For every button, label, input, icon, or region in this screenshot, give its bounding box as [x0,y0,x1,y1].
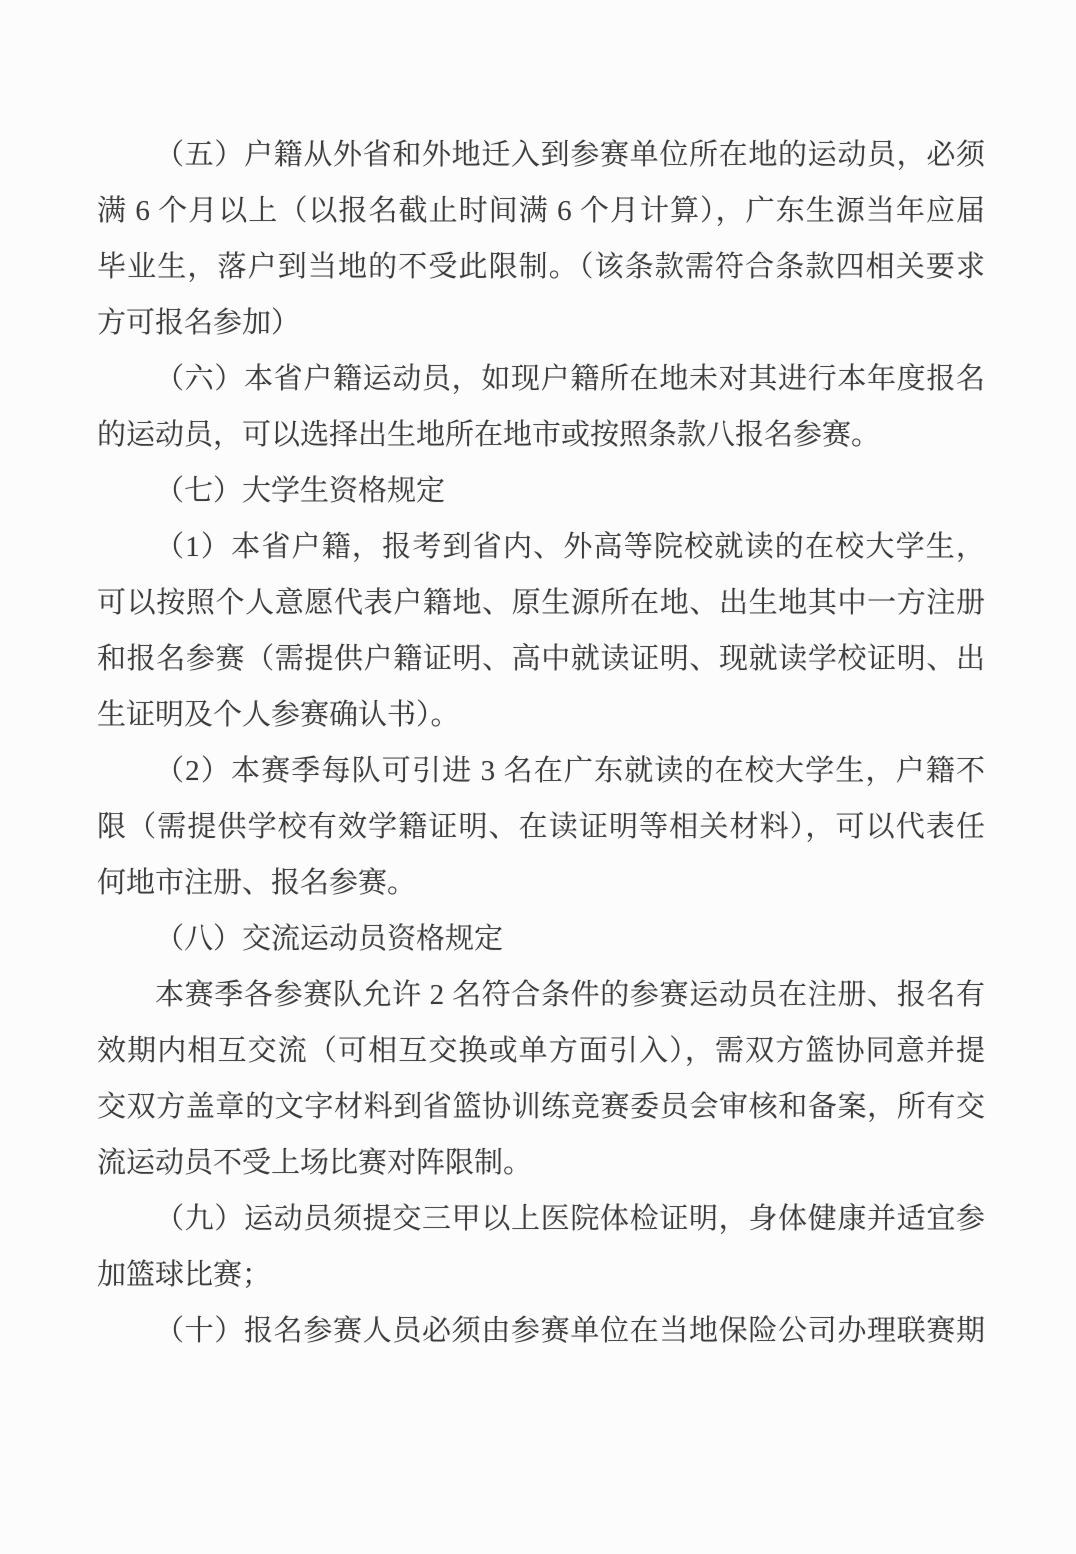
text-line: （1）本省户籍，报考到省内、外高等院校就读的在校大学生， [97,519,985,575]
text-line: 和报名参赛（需提供户籍证明、高中就读证明、现就读学校证明、出 [97,631,985,687]
document-content: （五）户籍从外省和外地迁入到参赛单位所在地的运动员，必须满 6 个月以上（以报名… [97,127,985,1359]
paragraph-clause-8-heading: （八）交流运动员资格规定 [97,911,985,967]
paragraph-clause-6: （六）本省户籍运动员，如现户籍所在地未对其进行本年度报名的运动员，可以选择出生地… [97,351,985,463]
text-line: 方可报名参加） [97,295,985,351]
text-line: 的运动员，可以选择出生地所在地市或按照条款八报名参赛。 [97,407,985,463]
text-line: 流运动员不受上场比赛对阵限制。 [97,1135,985,1191]
document-page: （五）户籍从外省和外地迁入到参赛单位所在地的运动员，必须满 6 个月以上（以报名… [0,0,1076,1554]
text-line: 本赛季各参赛队允许 2 名符合条件的参赛运动员在注册、报名有 [97,967,985,1023]
text-line: （八）交流运动员资格规定 [97,911,985,967]
paragraph-clause-5: （五）户籍从外省和外地迁入到参赛单位所在地的运动员，必须满 6 个月以上（以报名… [97,127,985,351]
paragraph-clause-8-body: 本赛季各参赛队允许 2 名符合条件的参赛运动员在注册、报名有效期内相互交流（可相… [97,967,985,1191]
paragraph-clause-9: （九）运动员须提交三甲以上医院体检证明，身体健康并适宜参加篮球比赛； [97,1191,985,1303]
text-line: （十）报名参赛人员必须由参赛单位在当地保险公司办理联赛期 [97,1303,985,1359]
text-line: （九）运动员须提交三甲以上医院体检证明，身体健康并适宜参 [97,1191,985,1247]
text-line: （2）本赛季每队可引进 3 名在广东就读的在校大学生，户籍不 [97,743,985,799]
text-line: 限（需提供学校有效学籍证明、在读证明等相关材料），可以代表任 [97,799,985,855]
text-line: 何地市注册、报名参赛。 [97,855,985,911]
text-line: （七）大学生资格规定 [97,463,985,519]
text-line: （六）本省户籍运动员，如现户籍所在地未对其进行本年度报名 [97,351,985,407]
text-line: 效期内相互交流（可相互交换或单方面引入），需双方篮协同意并提 [97,1023,985,1079]
text-line: 交双方盖章的文字材料到省篮协训练竞赛委员会审核和备案，所有交 [97,1079,985,1135]
text-line: 生证明及个人参赛确认书）。 [97,687,985,743]
text-line: （五）户籍从外省和外地迁入到参赛单位所在地的运动员，必须 [97,127,985,183]
text-line: 满 6 个月以上（以报名截止时间满 6 个月计算），广东生源当年应届 [97,183,985,239]
text-line: 可以按照个人意愿代表户籍地、原生源所在地、出生地其中一方注册 [97,575,985,631]
text-line: 毕业生，落户到当地的不受此限制。（该条款需符合条款四相关要求 [97,239,985,295]
text-line: 加篮球比赛； [97,1247,985,1303]
paragraph-clause-7-item-2: （2）本赛季每队可引进 3 名在广东就读的在校大学生，户籍不限（需提供学校有效学… [97,743,985,911]
paragraph-clause-7-heading: （七）大学生资格规定 [97,463,985,519]
paragraph-clause-7-item-1: （1）本省户籍，报考到省内、外高等院校就读的在校大学生，可以按照个人意愿代表户籍… [97,519,985,743]
paragraph-clause-10: （十）报名参赛人员必须由参赛单位在当地保险公司办理联赛期 [97,1303,985,1359]
